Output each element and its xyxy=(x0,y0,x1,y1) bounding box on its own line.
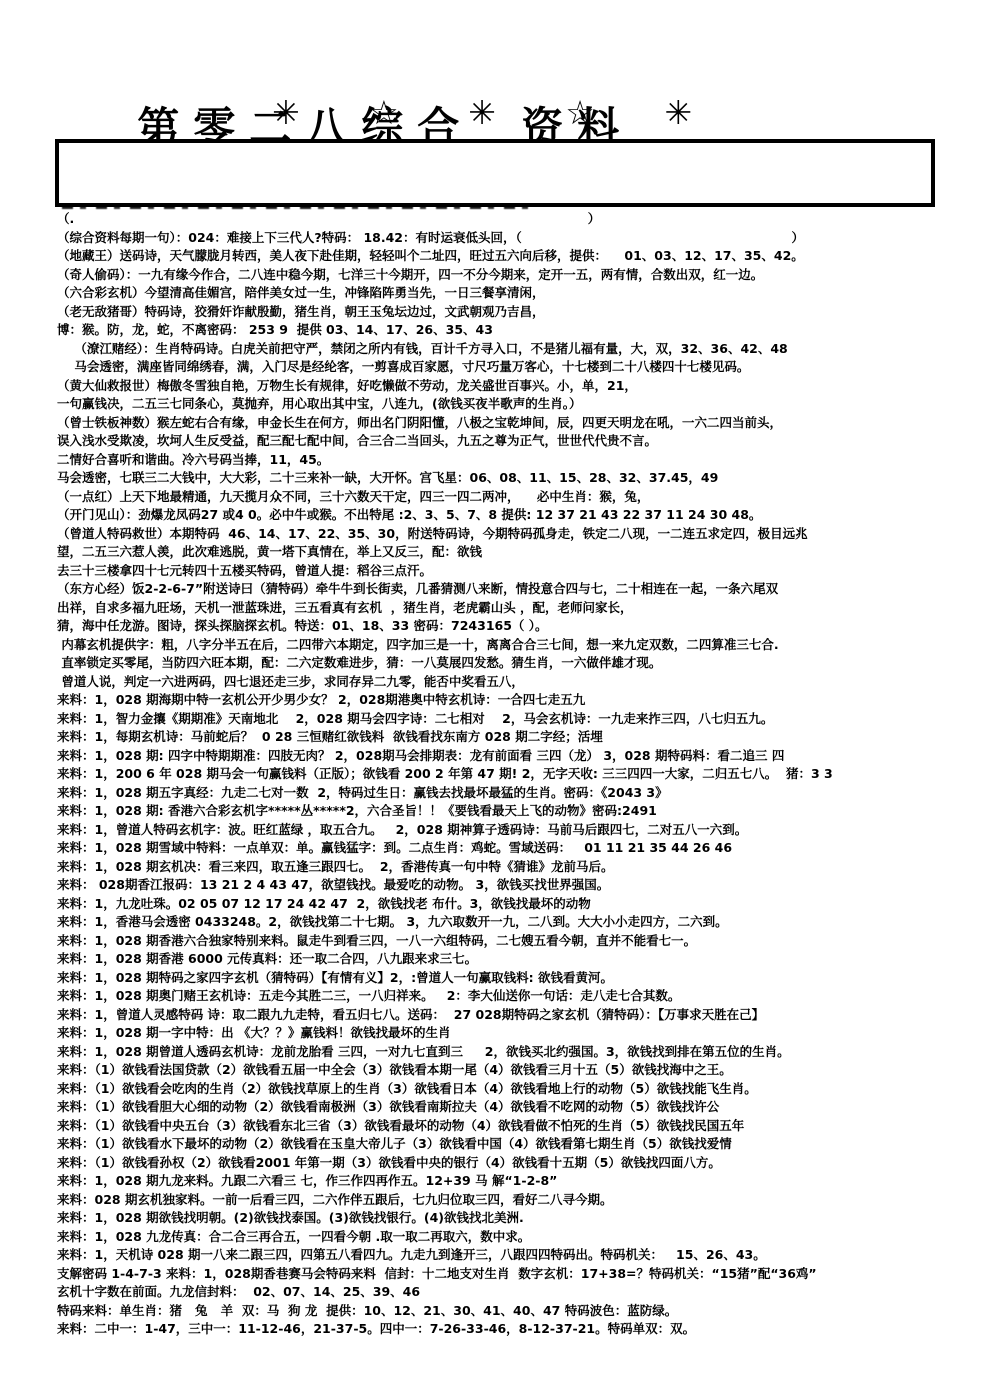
text-line: 来料：1，028 期一字中特：出 《大？？》赢钱料！欲钱找最坏的生肖 xyxy=(57,1024,969,1043)
text-line: 来料：1，每期玄机诗：马前蛇后？ 0 28 三恒赌红欲钱料 欲钱看找东南方 02… xyxy=(57,728,969,747)
text-line: （开门见山）：劲爆龙凤码27 或4 0。必中牛或猴。不出特尾 :2、3、5、7、… xyxy=(57,506,969,525)
text-line: 来料： 028期香江报码：13 21 2 4 43 47，欲望钱找。最爱吃的动物… xyxy=(57,876,969,895)
text-line: 来料：（1）欲钱看法国贷款（2）欲钱看五届一中全会（3）欲钱看本期一尾（4）欲钱… xyxy=(57,1061,969,1080)
text-line: 来料：1，曾道人灵感特码 诗：取二跟九九走特，看五归七八。送码： 27 028期… xyxy=(57,1006,969,1025)
star-burst-icon: ✳ xyxy=(664,96,692,129)
text-line: 误入浅水受欺凌，坎坷人生反受益，配三配七配中间，合三合二当回头，九五之尊为正气，… xyxy=(57,432,969,451)
text-line: 来料：（1）欲钱看水下最坏的动物（2）欲钱看在玉皇大帝儿子（3）欲钱看中国（4）… xyxy=(57,1135,969,1154)
text-line: （老无敌猪哥）特码诗，狡猾奸诈献殷勤，猪生肖，朝王玉兔坛边过，文武朝观乃吉昌， xyxy=(57,303,969,322)
text-line: 博：猴。防，龙，蛇，不离密码： 253 9 提供 03、14、17、26、35、… xyxy=(57,321,969,340)
text-line: 来料：1，028 期九龙来料。九跟二六看三 七，作三作四再作五。12+39 马 … xyxy=(57,1172,969,1191)
text-line: 马会透密，满座皆同绵绣春，满，入门尽是经纶客，一剪喜成百家愿，寸尺巧量万客心，十… xyxy=(57,358,969,377)
text-line: （综合资料每期一句）：024：难接上下三代人?特码： 18.42：有时运衰低头回… xyxy=(57,229,969,248)
text-line: 来料：1，智力金攘《期期准》天南地北 2，028 期马会四字诗：二七相对 2，马… xyxy=(57,710,969,729)
text-line: 曾道人说，判定一六进两码，四七退还走三步，求同存异二九零，能否中奖看五八， xyxy=(57,673,969,692)
text-line: 来料：1，028 期五字真经：九走二七对一数 2，特码过生日：赢钱去找最坏最猛的… xyxy=(57,784,969,803)
text-line: （六合彩玄机）今望清高佳媚宫，陪伴美女过一生，冲锋陷阵勇当先，一日三餐享清闲， xyxy=(57,284,969,303)
text-line: （黄大仙救报世）梅傲冬雪独自艳，万物生长有规律，好吃懒做不劳动，龙关盛世百事兴。… xyxy=(57,377,969,396)
text-line: 来料：1，028 期海期中特一玄机公开少男少女？ 2，028期港奥中特玄机诗：一… xyxy=(57,691,969,710)
text-line: 玄机十字数在前面。九龙信封料： 02、07、14、25、39、46 xyxy=(57,1283,969,1302)
text-line: 来料：（1）欲钱看会吃肉的生肖（2）欲钱找草原上的生肖（3）欲钱看日本（4）欲钱… xyxy=(57,1080,969,1099)
text-line: 来料：1，028 期雪域中特料：一点单双：单。赢钱猛字：到。二点生肖：鸡蛇。雪域… xyxy=(57,839,969,858)
text-line: 来料：028 期玄机独家料。一前一后看三四，二六作伴五跟后，七九归位取三四，看好… xyxy=(57,1191,969,1210)
text-line: 望，二五三六惹人羡，此次难逃脱，黄一塔下真情在，举上又反三，配：欲钱 xyxy=(57,543,969,562)
text-line: 猜，海中任龙游。图诗，探头探脑探玄机。特送：01、18、33 密码：724316… xyxy=(57,617,969,636)
text-line: 内幕玄机提供字：粗，八字分半五在后，二四带六本期定，四字加三是一十，离离合合三七… xyxy=(57,636,969,655)
text-line: 来料：1，028 期玄机决：看三来四，取五逢三跟四七。 2，香港传真一句中特《猜… xyxy=(57,858,969,877)
text-line: 来料：1，028 期香港 6000 元传真料：还一取二合四，八九跟来求三七。 xyxy=(57,950,969,969)
document-body: （. ）（综合资料每期一句）：024：难接上下三代人?特码： 18.42：有时运… xyxy=(57,210,969,1339)
text-line: 特码来料：单生肖：猪 兔 羊 双：马 狗 龙 提供：10、12、21、30、41… xyxy=(57,1302,969,1321)
text-line: 出祥，自求多福九旺场，天机一泄蓝珠进，三五看真有玄机 ，猪生肖，老虎霸山头 ，配… xyxy=(57,599,969,618)
star-burst-icon: ✳ xyxy=(272,96,300,129)
text-line: 来料：1，028 期: 香港六合彩玄机字*****丛*****2，六合圣旨！！《… xyxy=(57,802,969,821)
text-line: （. ） xyxy=(57,210,969,229)
text-line: 支解密码 1-4-7-3 来料：1，028期香巷赛马会特码来料 信封：十二地支对… xyxy=(57,1265,969,1284)
text-line: 来料：二中一：1-47，三中一：11-12-46，21-37-5。四中一：7-2… xyxy=(57,1320,969,1339)
text-line: 来料：1，028 九龙传真：合二合三再合五，一四看今朝 .取一取二再取六，数中求… xyxy=(57,1228,969,1247)
text-line: 来料：1，028 期香港六合独家特别来料。鼠走牛到看三四，一八一六组特码，二七嫂… xyxy=(57,932,969,951)
text-line: 马会透密，七联三二大钱中，大大彩，二十三来补一缺，大开怀。宫飞星：06、08、1… xyxy=(57,469,969,488)
text-line: 来料：1，028 期奥门赌王玄机诗：五走今其胜二三，一八归祥来。 2：李大仙送你… xyxy=(57,987,969,1006)
text-line: 来料：1，香港马会透密 0433248。2，欲钱找第二十七期。 3，九六取数开一… xyxy=(57,913,969,932)
text-line: 来料：（1）欲钱看孙权（2）欲钱看2001 年第一期（3）欲钱看中央的银行（4）… xyxy=(57,1154,969,1173)
text-line: 来料：1，九龙吐珠。02 05 07 12 17 24 42 47 2，欲钱找老… xyxy=(57,895,969,914)
text-line: （奇人偷码）：一九有缘今作合，二八连中稳今期，七洋三十今期开，四一不分今期来，定… xyxy=(57,266,969,285)
text-line: 来料：（1）欲钱看胆大心细的动物（2）欲钱看南极洲（3）欲钱看南斯拉夫（4）欲钱… xyxy=(57,1098,969,1117)
text-line: （曾道人特码救世）本期特码 46、14、17、22、35、30，附送特码诗，今期… xyxy=(57,525,969,544)
text-line: （地藏王）送码诗，天气朦胧月转西，美人夜下赴佳期，轻轻叫个二址四，旺过五六向后移… xyxy=(57,247,969,266)
star-burst-icon: ✳ xyxy=(468,96,496,129)
text-line: 来料：1，200 6 年 028 期马会一句赢钱料（正版）；欲钱看 200 2 … xyxy=(57,765,969,784)
text-line: 来料：（1）欲钱看中央五台（3）欲钱看东北三省（3）欲钱看最坏的动物（4）欲钱看… xyxy=(57,1117,969,1136)
text-line: 一句赢钱决，二五三七同条心，莫抛弃，用心取出其中宝，八连九，(欲钱买夜半歌声的生… xyxy=(57,395,969,414)
text-line: 来料：1，曾道人特码玄机字：波。旺红蓝绿 ，取五合九。 2，028 期神算子透码… xyxy=(57,821,969,840)
text-line: （潦江赌经）：生肖特码诗。白虎关前把守严，禁闭之所内有钱，百计千方寻入口，不是猪… xyxy=(57,340,969,359)
star-outline-icon: ☆ xyxy=(369,96,399,129)
empty-notice-box xyxy=(55,139,935,207)
text-line: 来料：1，028 期曾道人透码玄机诗：龙前龙胎看 三四，一对九七直到三 2，欲钱… xyxy=(57,1043,969,1062)
text-line: 去三十三楼拿四十七元转四十五楼买特码，曾道人提：稻谷三点汗。 xyxy=(57,562,969,581)
text-line: 来料：1，028 期: 四字中特期期准：四肢无肉？ 2，028期马会排期表：龙有… xyxy=(57,747,969,766)
text-line: （曾士铁板神数）猴左蛇右合有缘，申金长生在何方，师出名门阴阳懂，八极之宝乾坤间，… xyxy=(57,414,969,433)
decorative-stars-row: ✳ ☆ ✳ ☆ ✳ xyxy=(272,96,692,129)
text-line: （东方心经）饭2-2-6-7”附送诗曰（猜特码）牵牛牛到长街卖，几番猜测八来断，… xyxy=(57,580,969,599)
text-line: 来料：1，天机诗 028 期一八来二跟三四，四第五八看四九。九走九到逢开三，八跟… xyxy=(57,1246,969,1265)
text-line: 二情好合喜听和谐曲。冷六号码当捧，11，45。 xyxy=(57,451,969,470)
star-outline-icon: ☆ xyxy=(565,96,595,129)
text-line: 来料：1，028 期特码之家四字玄机（猜特码）【有情有义】2，:曾道人一句赢取钱… xyxy=(57,969,969,988)
text-line: （一点红）上天下地最精通，九天揽月众不同，三十六数天干定，四三一四二两冲， 必中… xyxy=(57,488,969,507)
text-line: 来料：1，028 期欲钱找明朝。(2)欲钱找泰国。(3)欲钱找银行。(4)欲钱找… xyxy=(57,1209,969,1228)
text-line: 直率锁定买零尾，当防四六旺本期，配：二六定数难进步，猜：一八莫展四发愁。猜生肖，… xyxy=(57,654,969,673)
